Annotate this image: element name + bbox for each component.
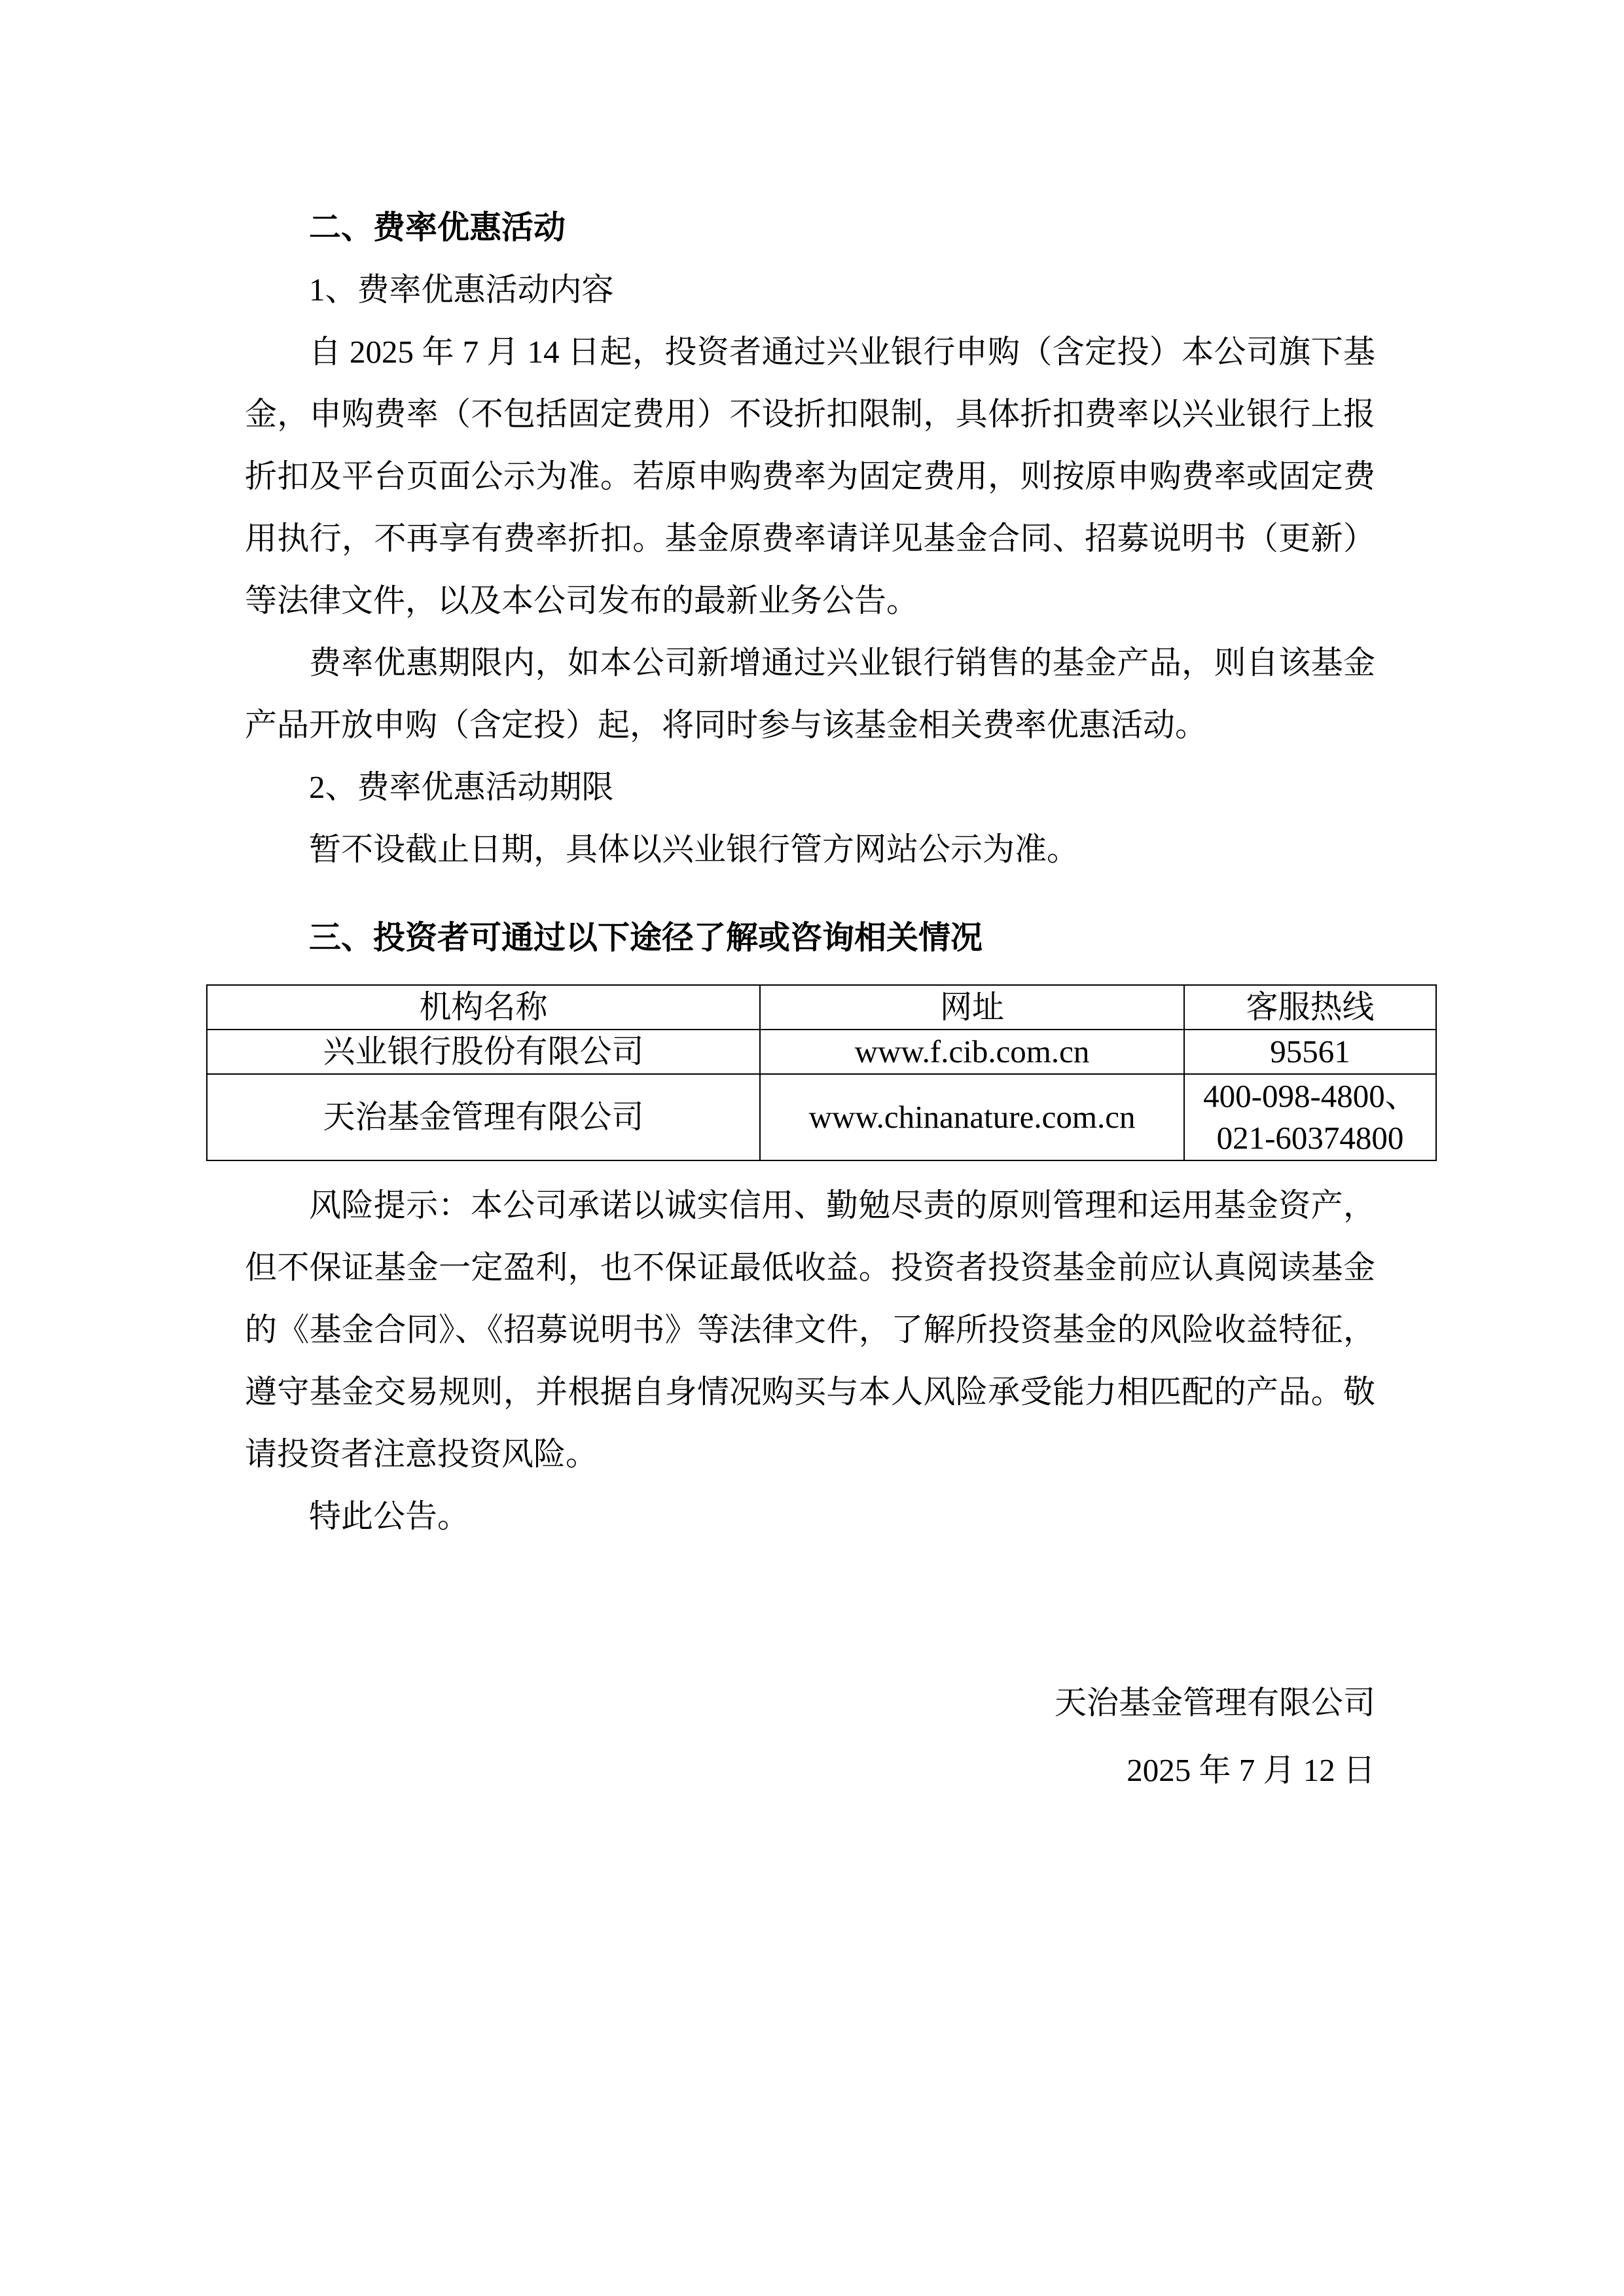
- table-header-website: 网址: [760, 985, 1184, 1030]
- closing-statement: 特此公告。: [245, 1485, 1375, 1547]
- section2-paragraph-2: 费率优惠期限内，如本公司新增通过兴业银行销售的基金产品，则自该基金产品开放申购（…: [245, 632, 1375, 756]
- table-row: 兴业银行股份有限公司 www.f.cib.com.cn 95561: [207, 1030, 1436, 1074]
- document-page: 二、费率优惠活动 1、费率优惠活动内容 自 2025 年 7 月 14 日起，投…: [0, 0, 1624, 2296]
- hotline-cell: 400-098-4800、 021-60374800: [1184, 1074, 1436, 1160]
- section2-item2-title: 2、费率优惠活动期限: [245, 756, 1375, 818]
- section2-item1-title: 1、费率优惠活动内容: [245, 259, 1375, 321]
- contact-table: 机构名称 网址 客服热线 兴业银行股份有限公司 www.f.cib.com.cn…: [206, 984, 1437, 1161]
- hotline-line: 400-098-4800、: [1191, 1075, 1429, 1117]
- hotline-line: 021-60374800: [1191, 1117, 1429, 1159]
- signature-date: 2025 年 7 月 12 日: [245, 1739, 1375, 1801]
- section3-heading: 三、投资者可通过以下途径了解或咨询相关情况: [245, 906, 1375, 969]
- table-header-org: 机构名称: [207, 985, 760, 1030]
- section2-paragraph-3: 暂不设截止日期，具体以兴业银行管方网站公示为准。: [245, 818, 1375, 880]
- org-name-cell: 兴业银行股份有限公司: [207, 1030, 760, 1074]
- table-header-hotline: 客服热线: [1184, 985, 1436, 1030]
- hotline-cell: 95561: [1184, 1030, 1436, 1074]
- website-cell: www.f.cib.com.cn: [760, 1030, 1184, 1074]
- section2-paragraph-1: 自 2025 年 7 月 14 日起，投资者通过兴业银行申购（含定投）本公司旗下…: [245, 321, 1375, 632]
- contact-table-header-row: 机构名称 网址 客服热线: [207, 985, 1436, 1030]
- risk-notice-paragraph: 风险提示：本公司承诺以诚实信用、勤勉尽责的原则管理和运用基金资产，但不保证基金一…: [245, 1174, 1375, 1485]
- signature-company: 天治基金管理有限公司: [245, 1672, 1375, 1734]
- table-row: 天治基金管理有限公司 www.chinanature.com.cn 400-09…: [207, 1074, 1436, 1160]
- org-name-cell: 天治基金管理有限公司: [207, 1074, 760, 1160]
- website-cell: www.chinanature.com.cn: [760, 1074, 1184, 1160]
- section2-heading: 二、费率优惠活动: [245, 196, 1375, 259]
